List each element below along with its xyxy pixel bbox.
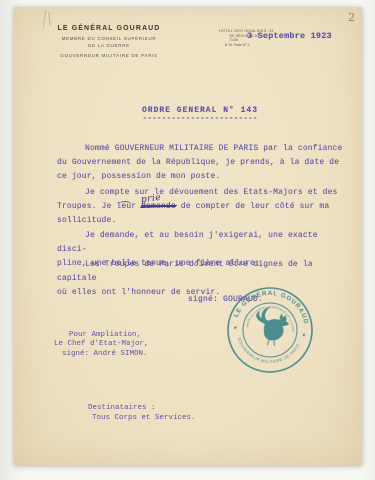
ampliation-line-1: Pour Ampliation,	[69, 331, 149, 340]
handwritten-correction: prie	[140, 191, 162, 208]
stamp-star-right: ★	[301, 332, 307, 338]
order-title-underline: ------------------------	[100, 114, 300, 123]
page-number-pencil: 2	[348, 11, 356, 24]
order-title-block: ORDRE GENERAL N° 143 -------------------…	[100, 106, 300, 123]
stamp-star-left: ★	[233, 325, 239, 331]
paragraph-2-line-1: Je compte sur le dévouement des Etats-Ma…	[57, 186, 347, 200]
paragraph-2: Je compte sur le dévouement des Etats-Ma…	[57, 186, 347, 229]
official-stamp: LE GÉNÉRAL GOURAUD GOUVERNEUR MILITAIRE …	[217, 277, 323, 383]
paragraph-1: Nommé GOUVERNEUR MILITAIRE DE PARIS par …	[57, 142, 347, 185]
pencil-marks	[40, 10, 54, 30]
letterhead-role-3: GOUVERNEUR MILITAIRE DE PARIS	[38, 53, 180, 60]
typed-date: 3 Septembre 1923	[247, 31, 332, 41]
destinataires-label: Destinataires :	[88, 404, 196, 414]
letterhead-role-2: DE LA GUERRE	[38, 43, 180, 50]
ampliation-line-2: Le Chef d'Etat-Major,	[54, 340, 149, 349]
ampliation-block: Pour Ampliation, Le Chef d'Etat-Major, s…	[54, 331, 149, 359]
destinataires-block: Destinataires : Tous Corps et Services.	[88, 404, 196, 423]
letterhead-name: LE GÉNÉRAL GOURAUD	[38, 25, 180, 32]
document-paper: LE GÉNÉRAL GOURAUD MEMBRE DU CONSEIL SUP…	[14, 7, 362, 465]
ampliation-line-3: signé: André SIMON.	[62, 350, 149, 359]
paragraph-2-line-2: Troupes. Je leur demande de compter de l…	[57, 200, 347, 214]
address-line-4: B. M. Poste N° 2	[225, 43, 289, 48]
paragraph-2-line-3: sollicitude.	[57, 214, 347, 228]
handwritten-mark	[119, 201, 131, 207]
letterhead: LE GÉNÉRAL GOURAUD MEMBRE DU CONSEIL SUP…	[38, 25, 180, 60]
destinataires-value: Tous Corps et Services.	[92, 414, 196, 424]
p2-after: de compter de leur côté sur ma	[176, 202, 329, 211]
